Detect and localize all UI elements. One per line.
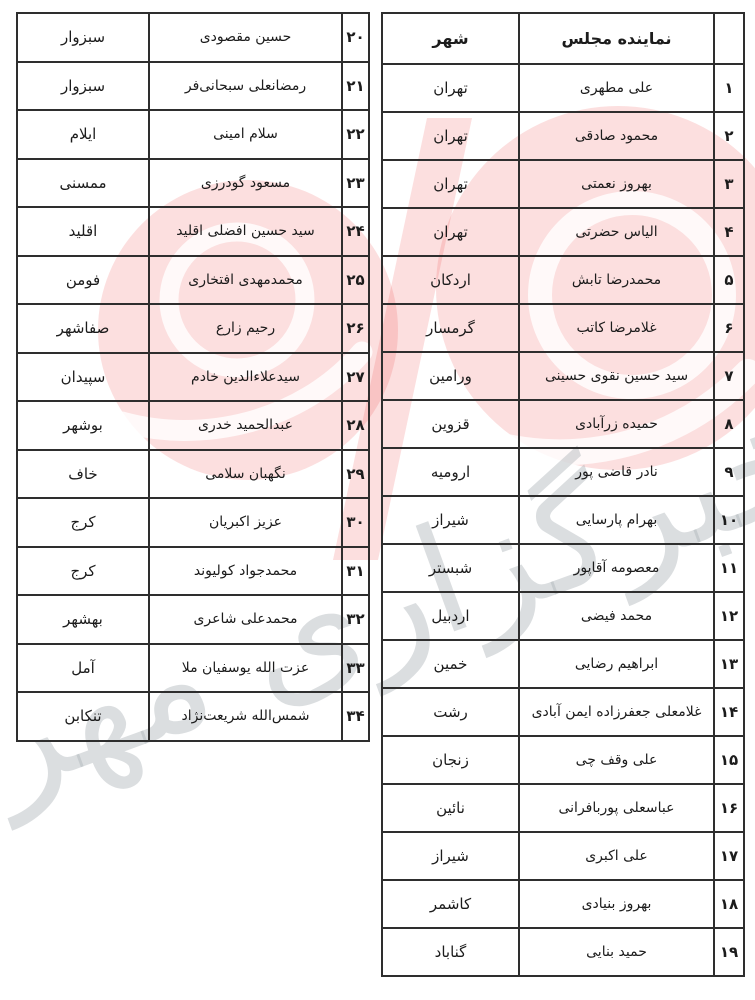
city-cell: تهران <box>382 112 519 160</box>
city-cell: تهران <box>382 160 519 208</box>
table-row: ۱۸بهروز بنیادیکاشمر <box>382 880 744 928</box>
row-number-cell: ۲۲ <box>342 110 369 159</box>
table-row: ۲۱رمضانعلی سبحانی‌فرسبزوار <box>17 62 369 111</box>
representative-name-cell: حسین مقصودی <box>149 13 342 62</box>
row-number-cell: ۲۹ <box>342 450 369 499</box>
city-cell: اقلید <box>17 207 149 256</box>
table-row: ۱۲محمد فیضیاردبیل <box>382 592 744 640</box>
city-header: شهر <box>382 13 519 64</box>
city-cell: شیراز <box>382 832 519 880</box>
table-row: ۳۲محمدعلی شاعریبهشهر <box>17 595 369 644</box>
representative-name-cell: سیدعلاءالدین خادم <box>149 353 342 402</box>
table-row: ۱۱معصومه آقاپورشبستر <box>382 544 744 592</box>
city-cell: ورامین <box>382 352 519 400</box>
table-row: ۵محمدرضا تابشاردکان <box>382 256 744 304</box>
row-number-cell: ۱۳ <box>714 640 744 688</box>
representative-name-cell: بهروز نعمتی <box>519 160 714 208</box>
representative-name-cell: سید حسین نقوی حسینی <box>519 352 714 400</box>
city-cell: کرج <box>17 498 149 547</box>
table-row: ۸حمیده زرآبادیقزوین <box>382 400 744 448</box>
city-cell: ممسنی <box>17 159 149 208</box>
row-number-cell: ۲۴ <box>342 207 369 256</box>
representative-name-cell: علی مطهری <box>519 64 714 112</box>
table-row: ۲۰حسین مقصودیسبزوار <box>17 13 369 62</box>
row-number-cell: ۱۸ <box>714 880 744 928</box>
representative-name-cell: سلام امینی <box>149 110 342 159</box>
row-number-cell: ۱۷ <box>714 832 744 880</box>
representative-name-cell: الیاس حضرتی <box>519 208 714 256</box>
row-number-cell: ۲۷ <box>342 353 369 402</box>
table-row: ۲۷سیدعلاءالدین خادمسپیدان <box>17 353 369 402</box>
row-number-cell: ۳ <box>714 160 744 208</box>
city-cell: خمین <box>382 640 519 688</box>
city-cell: زنجان <box>382 736 519 784</box>
row-number-cell: ۵ <box>714 256 744 304</box>
row-number-cell: ۲۳ <box>342 159 369 208</box>
row-number-cell: ۱۴ <box>714 688 744 736</box>
row-number-cell: ۲۰ <box>342 13 369 62</box>
city-cell: سپیدان <box>17 353 149 402</box>
table-row: ۱۳ابراهیم رضاییخمین <box>382 640 744 688</box>
table-row: ۲۵محمدمهدی افتخاریفومن <box>17 256 369 305</box>
representative-name-cell: غلامرضا کاتب <box>519 304 714 352</box>
city-cell: نائین <box>382 784 519 832</box>
representative-name-cell: حمید بنایی <box>519 928 714 976</box>
representative-name-cell: علی وقف چی <box>519 736 714 784</box>
table-row: ۳۱محمدجواد کولیوندکرج <box>17 547 369 596</box>
city-cell: گرمسار <box>382 304 519 352</box>
city-cell: ایلام <box>17 110 149 159</box>
representative-name-cell: محمدمهدی افتخاری <box>149 256 342 305</box>
table-row: ۱۶عباسعلی پوربافرانینائین <box>382 784 744 832</box>
city-cell: کاشمر <box>382 880 519 928</box>
row-number-cell: ۳۴ <box>342 692 369 741</box>
representative-name-cell: محمد فیضی <box>519 592 714 640</box>
row-number-cell: ۲۶ <box>342 304 369 353</box>
city-cell: ارومیه <box>382 448 519 496</box>
row-number-cell: ۱۹ <box>714 928 744 976</box>
city-cell: قزوین <box>382 400 519 448</box>
table-row: ۴الیاس حضرتیتهران <box>382 208 744 256</box>
table-row: ۲۹نگهبان سلامیخاف <box>17 450 369 499</box>
representative-name-cell: رمضانعلی سبحانی‌فر <box>149 62 342 111</box>
row-number-cell: ۱۶ <box>714 784 744 832</box>
city-cell: بوشهر <box>17 401 149 450</box>
representative-name-cell: عزیز اکبریان <box>149 498 342 547</box>
city-cell: فومن <box>17 256 149 305</box>
row-number-cell: ۷ <box>714 352 744 400</box>
row-number-cell: ۳۱ <box>342 547 369 596</box>
row-number-cell: ۱۰ <box>714 496 744 544</box>
representative-name-cell: شمس‌الله شریعت‌نژاد <box>149 692 342 741</box>
table-row: ۱۷علی اکبریشیراز <box>382 832 744 880</box>
table-row: ۱۹حمید بناییگناباد <box>382 928 744 976</box>
row-number-cell: ۹ <box>714 448 744 496</box>
representative-name-cell: مسعود گودرزی <box>149 159 342 208</box>
city-cell: سبزوار <box>17 62 149 111</box>
city-cell: خاف <box>17 450 149 499</box>
city-cell: شبستر <box>382 544 519 592</box>
representative-name-cell: عبدالحمید خدری <box>149 401 342 450</box>
representative-name-cell: بهروز بنیادی <box>519 880 714 928</box>
row-number-cell: ۱۱ <box>714 544 744 592</box>
table-row: ۱۰بهرام پارساییشیراز <box>382 496 744 544</box>
representatives-table-left: ۲۰حسین مقصودیسبزوار۲۱رمضانعلی سبحانی‌فرس… <box>16 12 370 742</box>
city-cell: تهران <box>382 208 519 256</box>
row-number-cell: ۲۵ <box>342 256 369 305</box>
representative-name-cell: سید حسین افضلی اقلید <box>149 207 342 256</box>
representative-name-cell: ابراهیم رضایی <box>519 640 714 688</box>
city-cell: سبزوار <box>17 13 149 62</box>
row-number-cell: ۳۲ <box>342 595 369 644</box>
representative-name-cell: رحیم زارع <box>149 304 342 353</box>
representative-name-cell: بهرام پارسایی <box>519 496 714 544</box>
representative-name-cell: محمدعلی شاعری <box>149 595 342 644</box>
table-row: ۱۵علی وقف چیزنجان <box>382 736 744 784</box>
header-row: نماینده مجلس شهر <box>382 13 744 64</box>
row-number-cell: ۱ <box>714 64 744 112</box>
table-row: ۳بهروز نعمتیتهران <box>382 160 744 208</box>
table-row: ۲۴سید حسین افضلی اقلیداقلید <box>17 207 369 256</box>
number-header <box>714 13 744 64</box>
table-row: ۲محمود صادقیتهران <box>382 112 744 160</box>
city-cell: بهشهر <box>17 595 149 644</box>
table-row: ۲۶رحیم زارعصفاشهر <box>17 304 369 353</box>
row-number-cell: ۱۲ <box>714 592 744 640</box>
city-cell: کرج <box>17 547 149 596</box>
representative-name-cell: معصومه آقاپور <box>519 544 714 592</box>
table-row: ۳۴شمس‌الله شریعت‌نژادتنکابن <box>17 692 369 741</box>
table-row: ۶غلامرضا کاتبگرمسار <box>382 304 744 352</box>
city-cell: آمل <box>17 644 149 693</box>
row-number-cell: ۳۰ <box>342 498 369 547</box>
representative-name-cell: عزت الله یوسفیان ملا <box>149 644 342 693</box>
representative-name-cell: غلامعلی جعفرزاده ایمن آبادی <box>519 688 714 736</box>
row-number-cell: ۲ <box>714 112 744 160</box>
city-cell: اردبیل <box>382 592 519 640</box>
representatives-table-right: نماینده مجلس شهر ۱علی مطهریتهران۲محمود ص… <box>381 12 745 977</box>
representative-name-cell: عباسعلی پوربافرانی <box>519 784 714 832</box>
table-row: ۲۳مسعود گودرزیممسنی <box>17 159 369 208</box>
representative-name-cell: نادر قاضی پور <box>519 448 714 496</box>
row-number-cell: ۲۱ <box>342 62 369 111</box>
row-number-cell: ۴ <box>714 208 744 256</box>
city-cell: رشت <box>382 688 519 736</box>
representative-name-cell: نگهبان سلامی <box>149 450 342 499</box>
row-number-cell: ۸ <box>714 400 744 448</box>
table-row: ۹نادر قاضی پورارومیه <box>382 448 744 496</box>
table-row: ۱علی مطهریتهران <box>382 64 744 112</box>
city-cell: تهران <box>382 64 519 112</box>
city-cell: تنکابن <box>17 692 149 741</box>
row-number-cell: ۱۵ <box>714 736 744 784</box>
representative-name-cell: حمیده زرآبادی <box>519 400 714 448</box>
representative-name-cell: علی اکبری <box>519 832 714 880</box>
table-row: ۲۸عبدالحمید خدریبوشهر <box>17 401 369 450</box>
table-row: ۷سید حسین نقوی حسینیورامین <box>382 352 744 400</box>
table-row: ۳۳عزت الله یوسفیان ملاآمل <box>17 644 369 693</box>
city-cell: شیراز <box>382 496 519 544</box>
representative-header: نماینده مجلس <box>519 13 714 64</box>
city-cell: گناباد <box>382 928 519 976</box>
city-cell: اردکان <box>382 256 519 304</box>
representative-name-cell: محمود صادقی <box>519 112 714 160</box>
representative-name-cell: محمدرضا تابش <box>519 256 714 304</box>
table-row: ۳۰عزیز اکبریانکرج <box>17 498 369 547</box>
row-number-cell: ۳۳ <box>342 644 369 693</box>
table-row: ۱۴غلامعلی جعفرزاده ایمن آبادیرشت <box>382 688 744 736</box>
city-cell: صفاشهر <box>17 304 149 353</box>
row-number-cell: ۶ <box>714 304 744 352</box>
row-number-cell: ۲۸ <box>342 401 369 450</box>
representative-name-cell: محمدجواد کولیوند <box>149 547 342 596</box>
table-row: ۲۲سلام امینیایلام <box>17 110 369 159</box>
